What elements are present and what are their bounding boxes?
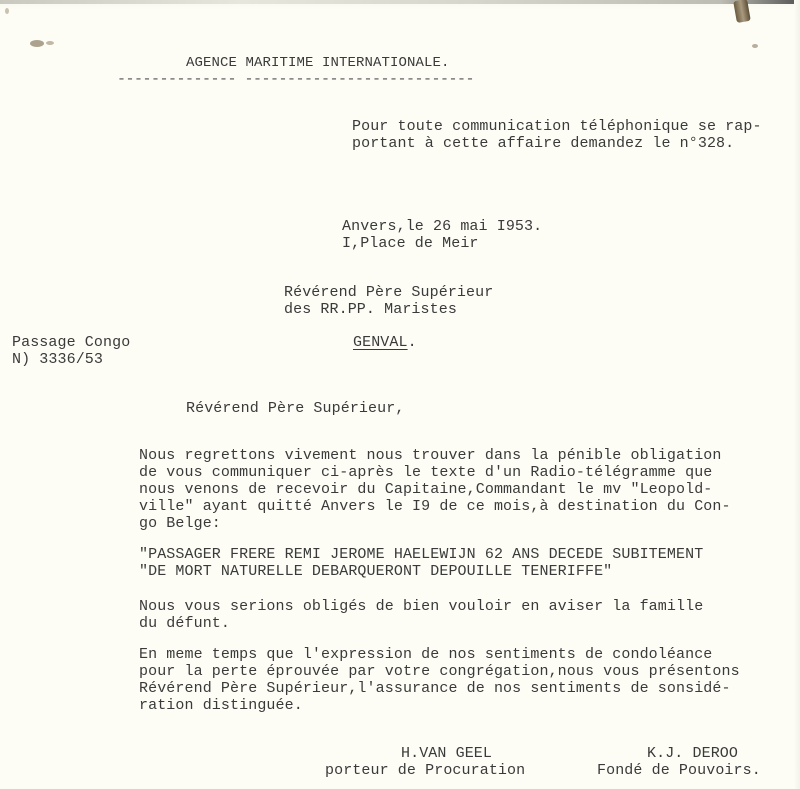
company-name: AGENCE MARITIME INTERNATIONALE.: [186, 55, 450, 72]
recipient-city: GENVAL.: [353, 334, 417, 351]
body-line: nous venons de recevoir du Capitaine,Com…: [139, 481, 712, 498]
telegram-line: "DE MORT NATURELLE DEBARQUERONT DEPOUILL…: [139, 563, 612, 580]
recipient-line: Révérend Père Supérieur: [284, 284, 493, 301]
salutation: Révérend Père Supérieur,: [186, 400, 404, 417]
letterhead-dashes: -------------- -------------------------…: [117, 75, 474, 85]
signatory-name: H.VAN GEEL: [401, 745, 492, 762]
body-line: pour la perte éprouvée par votre congrég…: [139, 663, 740, 680]
signatory-title: porteur de Procuration: [325, 762, 525, 779]
paper-top-edge: [0, 0, 800, 4]
body-line: ration distinguée.: [139, 697, 303, 714]
body-line: Révérend Père Supérieur,l'assurance de n…: [139, 680, 731, 697]
signatory-title: Fondé de Pouvoirs.: [597, 762, 761, 779]
phone-notice-line: portant à cette affaire demandez le n°32…: [352, 135, 734, 152]
body-line: Nous vous serions obligés de bien vouloi…: [139, 598, 703, 615]
ink-smudge: [752, 44, 758, 48]
date-line: Anvers,le 26 mai I953.: [342, 218, 542, 235]
reference-number: N) 3336/53: [12, 351, 103, 368]
ink-smudge: [30, 40, 44, 47]
body-line: En meme temps que l'expression de nos se…: [139, 646, 712, 663]
letter-page: AGENCE MARITIME INTERNATIONALE. --------…: [0, 0, 800, 789]
address-line: I,Place de Meir: [342, 235, 479, 252]
body-line: du défunt.: [139, 615, 230, 632]
ink-smudge: [5, 8, 9, 14]
body-line: ville" ayant quitté Anvers le I9 de ce m…: [139, 498, 731, 515]
body-line: de vous communiquer ci-après le texte d'…: [139, 464, 712, 481]
recipient-city-name: GENVAL: [353, 334, 408, 351]
recipient-city-suffix: .: [408, 334, 417, 351]
ink-smudge: [46, 41, 54, 45]
body-line: Nous regrettons vivement nous trouver da…: [139, 447, 722, 464]
telegram-line: "PASSAGER FRERE REMI JEROME HAELEWIJN 62…: [139, 546, 703, 563]
body-line: go Belge:: [139, 515, 221, 532]
paper-right-edge: [794, 0, 800, 789]
reference-line: Passage Congo: [12, 334, 130, 351]
phone-notice-line: Pour toute communication téléphonique se…: [352, 118, 762, 135]
signatory-name: K.J. DEROO: [647, 745, 738, 762]
recipient-line: des RR.PP. Maristes: [284, 301, 457, 318]
